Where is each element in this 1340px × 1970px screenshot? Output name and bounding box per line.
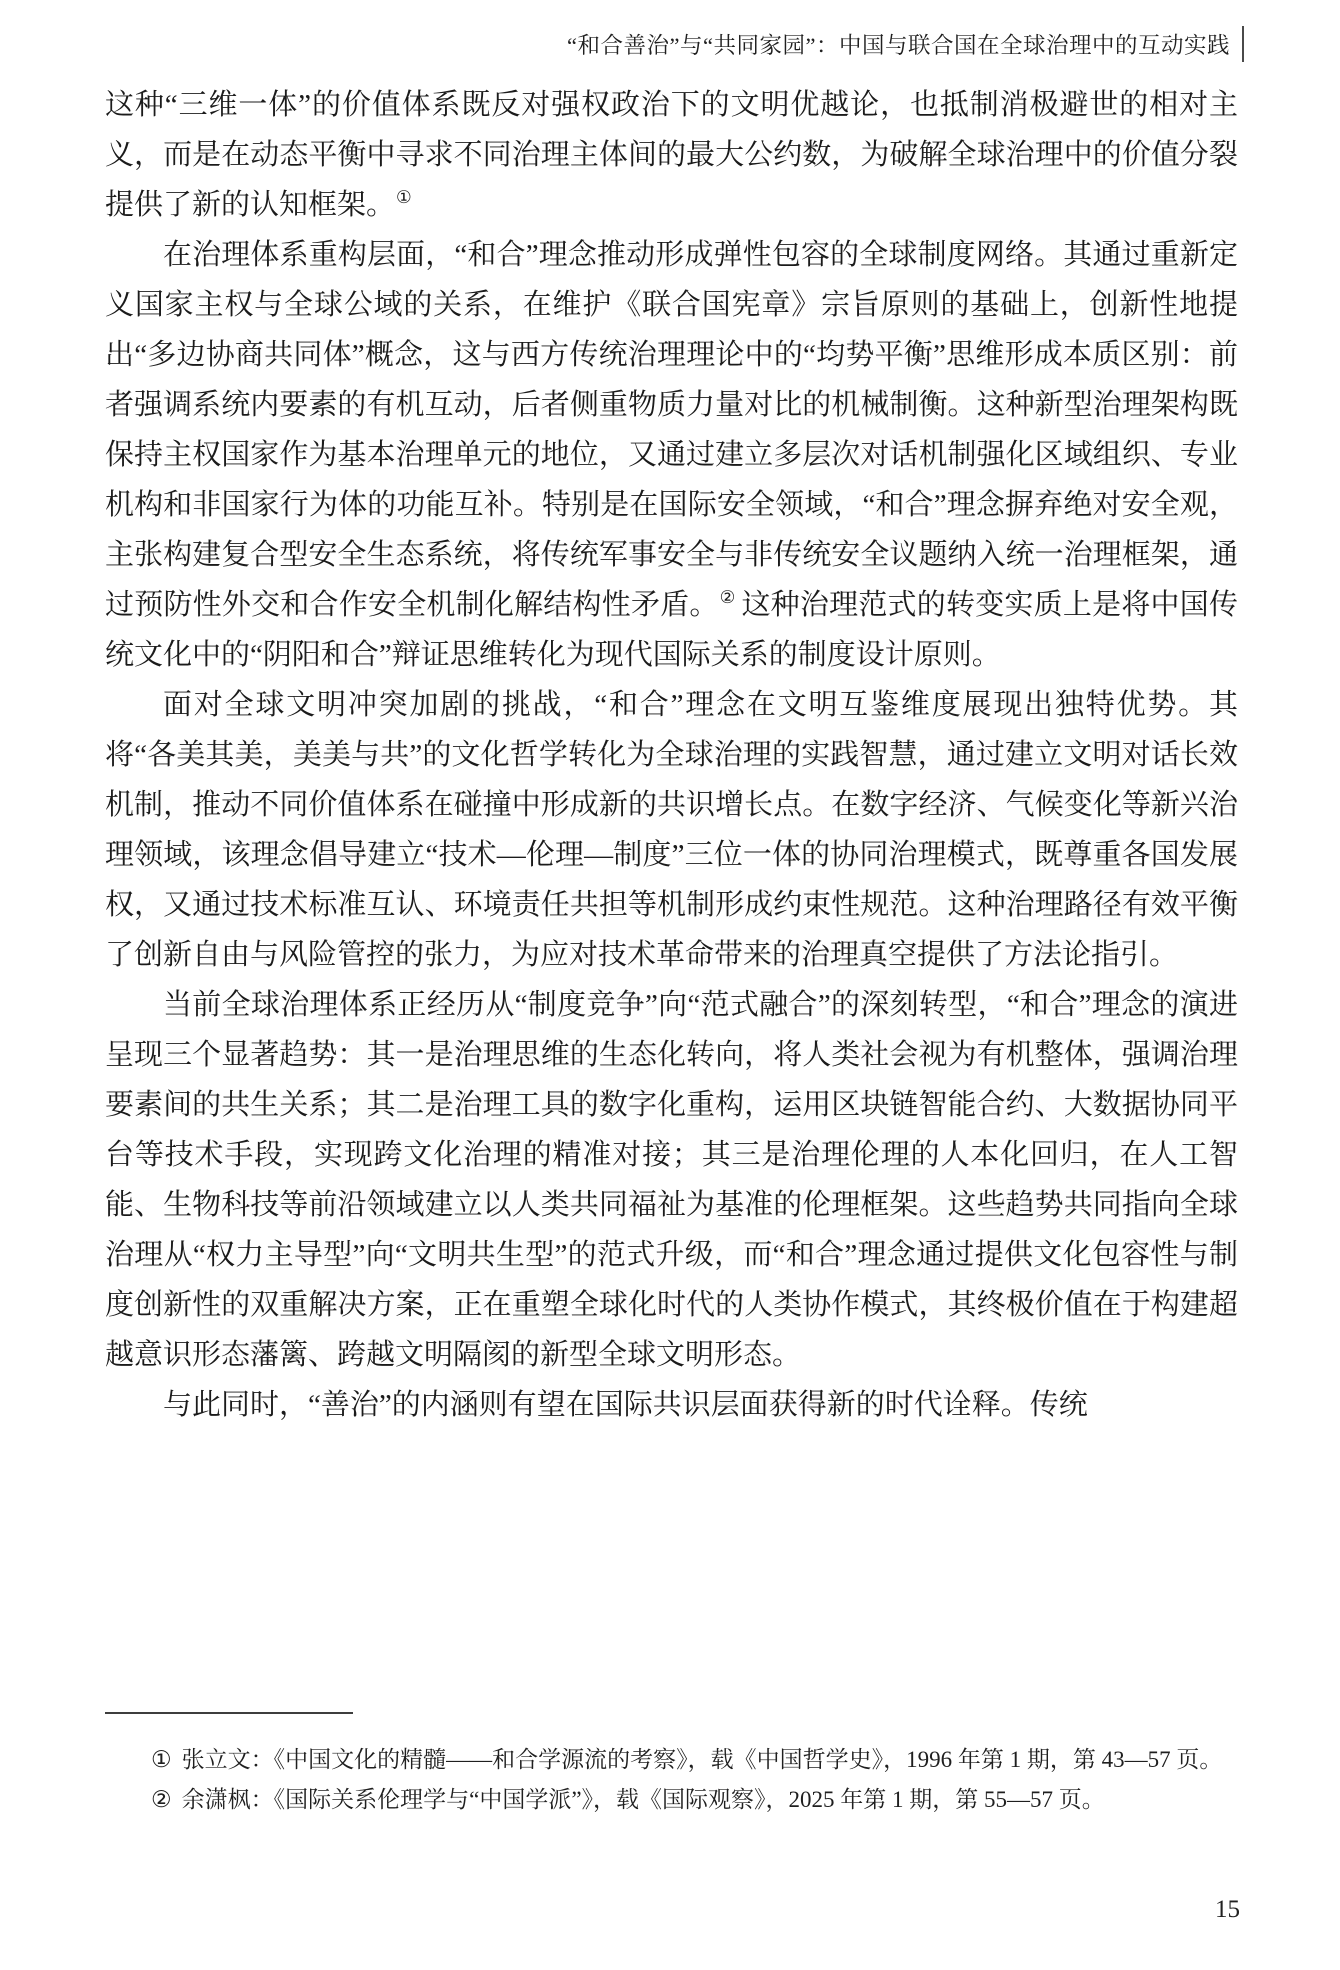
document-page: “和合善治”与“共同家园”：中国与联合国在全球治理中的互动实践 这种“三维一体”… bbox=[0, 0, 1340, 1970]
body-paragraph-2: 在治理体系重构层面，“和合”理念推动形成弹性包容的全球制度网络。其通过重新定义国… bbox=[105, 230, 1238, 680]
running-header: “和合善治”与“共同家园”：中国与联合国在全球治理中的互动实践 bbox=[0, 26, 1244, 62]
footnote-1-text: 张立文：《中国文化的精髓——和合学源流的考察》，载《中国哲学史》，1996 年第… bbox=[182, 1747, 1223, 1772]
running-header-title: “和合善治”与“共同家园”：中国与联合国在全球治理中的互动实践 bbox=[567, 28, 1230, 60]
body-paragraph-5: 与此同时，“善治”的内涵则有望在国际共识层面获得新的时代诠释。传统 bbox=[105, 1380, 1238, 1430]
body-paragraph-3: 面对全球文明冲突加剧的挑战，“和合”理念在文明互鉴维度展现出独特优势。其将“各美… bbox=[105, 680, 1238, 980]
body-paragraph-1: 这种“三维一体”的价值体系既反对强权政治下的文明优越论，也抵制消极避世的相对主义… bbox=[105, 80, 1238, 230]
page-number: 15 bbox=[1215, 1896, 1240, 1924]
main-text-block: 这种“三维一体”的价值体系既反对强权政治下的文明优越论，也抵制消极避世的相对主义… bbox=[105, 80, 1238, 1430]
header-divider-rule bbox=[1242, 26, 1244, 62]
body-paragraph-4: 当前全球治理体系正经历从“制度竞争”向“范式融合”的深刻转型，“和合”理念的演进… bbox=[105, 980, 1238, 1380]
footnote-separator-rule bbox=[105, 1712, 353, 1714]
footnote-2-text: 余潇枫：《国际关系伦理学与“中国学派”》，载《国际观察》，2025 年第 1 期… bbox=[182, 1787, 1105, 1812]
footnote-1-marker: ① bbox=[151, 1747, 172, 1772]
footnote-item-2: ②余潇枫：《国际关系伦理学与“中国学派”》，载《国际观察》，2025 年第 1 … bbox=[105, 1780, 1240, 1820]
paragraph-1-text: 这种“三维一体”的价值体系既反对强权政治下的文明优越论，也抵制消极避世的相对主义… bbox=[105, 89, 1238, 221]
footnote-ref-2: ② bbox=[720, 587, 736, 607]
footnote-2-marker: ② bbox=[151, 1787, 172, 1812]
paragraph-2-text-before-ref: 在治理体系重构层面，“和合”理念推动形成弹性包容的全球制度网络。其通过重新定义国… bbox=[105, 239, 1238, 621]
footnotes-section: ①张立文：《中国文化的精髓——和合学源流的考察》，载《中国哲学史》，1996 年… bbox=[105, 1712, 1240, 1820]
footnote-ref-1: ① bbox=[396, 187, 412, 207]
footnote-item-1: ①张立文：《中国文化的精髓——和合学源流的考察》，载《中国哲学史》，1996 年… bbox=[105, 1740, 1240, 1780]
